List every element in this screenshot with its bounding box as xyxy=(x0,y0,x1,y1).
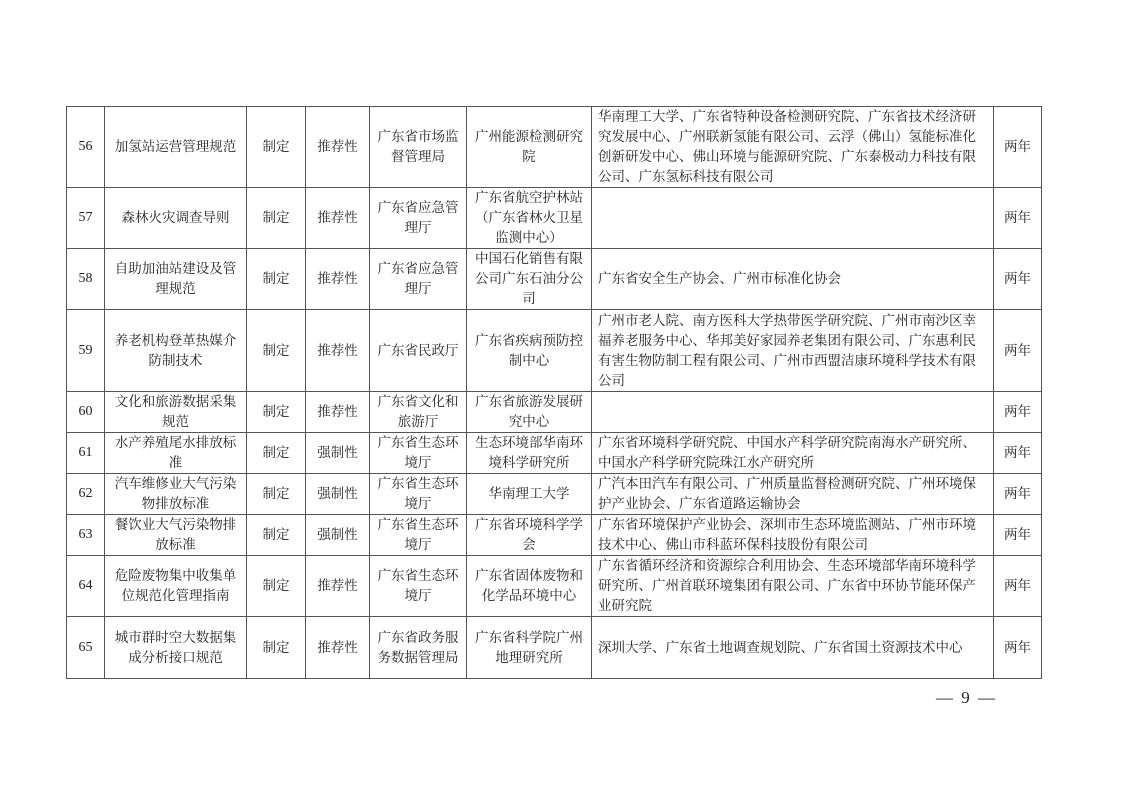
completion-period-cell: 两年 xyxy=(994,249,1042,310)
table-row: 61水产养殖尾水排放标准制定强制性广东省生态环境厅生态环境部华南环境科学研究所广… xyxy=(67,433,1042,474)
project-type-cell: 制定 xyxy=(247,515,306,556)
table-row: 56加氢站运营管理规范制定推荐性广东省市场监督管理局广州能源检测研究院华南理工大… xyxy=(67,107,1042,188)
table-row: 58自助加油站建设及管理规范制定推荐性广东省应急管理厅中国石化销售有限公司广东石… xyxy=(67,249,1042,310)
lead-drafting-unit-cell: 广东省科学院广州地理研究所 xyxy=(467,617,592,679)
row-number-cell: 57 xyxy=(67,188,105,249)
completion-period-cell: 两年 xyxy=(994,556,1042,617)
project-type-cell: 制定 xyxy=(247,310,306,392)
project-type-cell: 制定 xyxy=(247,188,306,249)
completion-period-cell: 两年 xyxy=(994,310,1042,392)
standard-name-cell: 餐饮业大气污染物排放标准 xyxy=(105,515,247,556)
competent-authority-cell: 广东省民政厅 xyxy=(370,310,467,392)
standard-nature-cell: 推荐性 xyxy=(306,188,370,249)
row-number-cell: 65 xyxy=(67,617,105,679)
row-number-cell: 61 xyxy=(67,433,105,474)
completion-period-cell: 两年 xyxy=(994,392,1042,433)
page-number: — 9 — xyxy=(936,688,997,708)
competent-authority-cell: 广东省生态环境厅 xyxy=(370,515,467,556)
table-row: 64危险废物集中收集单位规范化管理指南制定推荐性广东省生态环境厅广东省固体废物和… xyxy=(67,556,1042,617)
standard-nature-cell: 推荐性 xyxy=(306,249,370,310)
participating-units-cell xyxy=(592,392,994,433)
standard-nature-cell: 推荐性 xyxy=(306,617,370,679)
competent-authority-cell: 广东省政务服务数据管理局 xyxy=(370,617,467,679)
lead-drafting-unit-cell: 华南理工大学 xyxy=(467,474,592,515)
standard-nature-cell: 推荐性 xyxy=(306,392,370,433)
competent-authority-cell: 广东省应急管理厅 xyxy=(370,188,467,249)
standard-name-cell: 水产养殖尾水排放标准 xyxy=(105,433,247,474)
standard-nature-cell: 推荐性 xyxy=(306,310,370,392)
table-row: 63餐饮业大气污染物排放标准制定强制性广东省生态环境厅广东省环境科学学会广东省环… xyxy=(67,515,1042,556)
table-row: 57森林火灾调查导则制定推荐性广东省应急管理厅广东省航空护林站（广东省林火卫星监… xyxy=(67,188,1042,249)
lead-drafting-unit-cell: 广东省固体废物和化学品环境中心 xyxy=(467,556,592,617)
completion-period-cell: 两年 xyxy=(994,617,1042,679)
standard-name-cell: 养老机构登革热媒介防制技术 xyxy=(105,310,247,392)
completion-period-cell: 两年 xyxy=(994,188,1042,249)
project-type-cell: 制定 xyxy=(247,433,306,474)
standard-name-cell: 森林火灾调查导则 xyxy=(105,188,247,249)
standard-nature-cell: 强制性 xyxy=(306,515,370,556)
standard-name-cell: 危险废物集中收集单位规范化管理指南 xyxy=(105,556,247,617)
lead-drafting-unit-cell: 广州能源检测研究院 xyxy=(467,107,592,188)
participating-units-cell: 深圳大学、广东省土地调查规划院、广东省国土资源技术中心 xyxy=(592,617,994,679)
table-row: 60文化和旅游数据采集规范制定推荐性广东省文化和旅游厅广东省旅游发展研究中心两年 xyxy=(67,392,1042,433)
standard-nature-cell: 强制性 xyxy=(306,433,370,474)
completion-period-cell: 两年 xyxy=(994,515,1042,556)
competent-authority-cell: 广东省生态环境厅 xyxy=(370,433,467,474)
participating-units-cell: 广东省循环经济和资源综合利用协会、生态环境部华南环境科学研究所、广州首联环境集团… xyxy=(592,556,994,617)
participating-units-cell: 广东省环境保护产业协会、深圳市生态环境监测站、广州市环境技术中心、佛山市科蓝环保… xyxy=(592,515,994,556)
row-number-cell: 58 xyxy=(67,249,105,310)
competent-authority-cell: 广东省文化和旅游厅 xyxy=(370,392,467,433)
lead-drafting-unit-cell: 广东省旅游发展研究中心 xyxy=(467,392,592,433)
project-type-cell: 制定 xyxy=(247,474,306,515)
standard-name-cell: 加氢站运营管理规范 xyxy=(105,107,247,188)
competent-authority-cell: 广东省生态环境厅 xyxy=(370,556,467,617)
project-type-cell: 制定 xyxy=(247,392,306,433)
competent-authority-cell: 广东省生态环境厅 xyxy=(370,474,467,515)
standard-nature-cell: 强制性 xyxy=(306,474,370,515)
project-type-cell: 制定 xyxy=(247,107,306,188)
lead-drafting-unit-cell: 中国石化销售有限公司广东石油分公司 xyxy=(467,249,592,310)
row-number-cell: 56 xyxy=(67,107,105,188)
row-number-cell: 64 xyxy=(67,556,105,617)
row-number-cell: 63 xyxy=(67,515,105,556)
project-type-cell: 制定 xyxy=(247,617,306,679)
completion-period-cell: 两年 xyxy=(994,474,1042,515)
participating-units-cell: 广东省环境科学研究院、中国水产科学研究院南海水产研究所、中国水产科学研究院珠江水… xyxy=(592,433,994,474)
table-row: 65城市群时空大数据集成分析接口规范制定推荐性广东省政务服务数据管理局广东省科学… xyxy=(67,617,1042,679)
table-row: 59养老机构登革热媒介防制技术制定推荐性广东省民政厅广东省疾病预防控制中心广州市… xyxy=(67,310,1042,392)
row-number-cell: 60 xyxy=(67,392,105,433)
participating-units-cell: 广东省安全生产协会、广州市标准化协会 xyxy=(592,249,994,310)
lead-drafting-unit-cell: 生态环境部华南环境科学研究所 xyxy=(467,433,592,474)
project-type-cell: 制定 xyxy=(247,249,306,310)
participating-units-cell: 广汽本田汽车有限公司、广州质量监督检测研究院、广州环境保护产业协会、广东省道路运… xyxy=(592,474,994,515)
participating-units-cell: 华南理工大学、广东省特种设备检测研究院、广东省技术经济研究发展中心、广州联新氢能… xyxy=(592,107,994,188)
standard-name-cell: 自助加油站建设及管理规范 xyxy=(105,249,247,310)
lead-drafting-unit-cell: 广东省航空护林站（广东省林火卫星监测中心） xyxy=(467,188,592,249)
project-type-cell: 制定 xyxy=(247,556,306,617)
standard-nature-cell: 推荐性 xyxy=(306,107,370,188)
competent-authority-cell: 广东省应急管理厅 xyxy=(370,249,467,310)
participating-units-cell xyxy=(592,188,994,249)
standard-name-cell: 城市群时空大数据集成分析接口规范 xyxy=(105,617,247,679)
row-number-cell: 59 xyxy=(67,310,105,392)
completion-period-cell: 两年 xyxy=(994,107,1042,188)
standards-table: 56加氢站运营管理规范制定推荐性广东省市场监督管理局广州能源检测研究院华南理工大… xyxy=(66,106,1042,679)
row-number-cell: 62 xyxy=(67,474,105,515)
competent-authority-cell: 广东省市场监督管理局 xyxy=(370,107,467,188)
participating-units-cell: 广州市老人院、南方医科大学热带医学研究院、广州市南沙区幸福养老服务中心、华邦美好… xyxy=(592,310,994,392)
lead-drafting-unit-cell: 广东省疾病预防控制中心 xyxy=(467,310,592,392)
lead-drafting-unit-cell: 广东省环境科学学会 xyxy=(467,515,592,556)
standard-nature-cell: 推荐性 xyxy=(306,556,370,617)
standard-name-cell: 文化和旅游数据采集规范 xyxy=(105,392,247,433)
table-row: 62汽车维修业大气污染物排放标准制定强制性广东省生态环境厅华南理工大学广汽本田汽… xyxy=(67,474,1042,515)
completion-period-cell: 两年 xyxy=(994,433,1042,474)
standard-name-cell: 汽车维修业大气污染物排放标准 xyxy=(105,474,247,515)
